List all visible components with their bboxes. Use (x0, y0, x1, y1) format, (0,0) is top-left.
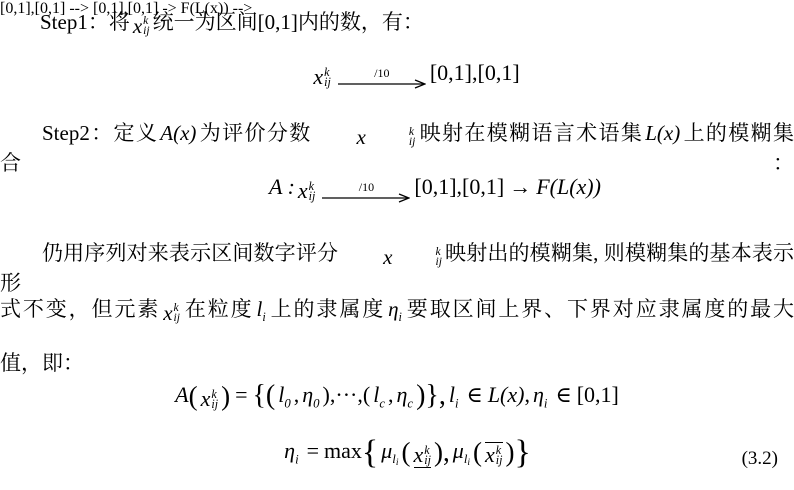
a-of-x: A(x) (160, 121, 196, 145)
var-sub: i (399, 310, 402, 324)
equals-sign: = (307, 438, 319, 463)
var-base: μ (453, 438, 464, 463)
left-paren: ( (189, 381, 198, 411)
mu-li-var: μli (453, 438, 470, 463)
var-base: μ (381, 438, 392, 463)
var-sub: c (379, 396, 385, 410)
var-base: x (313, 66, 323, 88)
equation-number: (3.2) (742, 448, 778, 470)
var-sub: ij (393, 258, 441, 268)
var-sub: ij (496, 455, 503, 465)
var-base: x (163, 303, 172, 324)
x-ijk-var: xkij (133, 16, 150, 37)
paragraph-line-1: 仍用序列对来表示区间数字评分xkij映射出的模糊集, 则模糊集的基本表示形 (0, 238, 794, 298)
var-base: x (414, 444, 424, 466)
formula3-A: A (175, 382, 188, 407)
var-base: x (315, 127, 366, 148)
step2-t2: 为评价分数 (198, 121, 311, 145)
open-brace-paren: {( (252, 380, 275, 411)
right-paren: ) (221, 381, 230, 411)
var-sub: ij (211, 399, 218, 409)
var-base: x (201, 388, 211, 410)
element-of-sign: ∈ (555, 382, 571, 407)
var-sub: i (544, 396, 548, 410)
para-l2-t2: 在粒度 (183, 297, 254, 321)
l-i-var: li (257, 297, 266, 321)
step2-label: Step2：定义 (42, 121, 158, 145)
var-sub: 0 (313, 396, 319, 410)
var-subsub: i (396, 457, 399, 468)
para-l2-t1: 式不变，但元素 (0, 297, 160, 321)
var-sub: i (455, 396, 459, 410)
var-base: η (388, 297, 398, 321)
left-paren: ( (402, 437, 411, 467)
x-ijk-lower-bound-var: xkij (414, 444, 432, 468)
var-base: x (133, 16, 142, 37)
var-sup: k (393, 248, 440, 258)
x-ijk-var: xkij (341, 247, 442, 268)
eta-i-var: ηi (284, 438, 298, 463)
step1-label: Step1：将 (40, 10, 130, 34)
unit-interval: [0,1] (577, 382, 619, 407)
x-ijk-var: xkij (315, 127, 416, 148)
equals-sign: = (235, 382, 247, 407)
max-operator: max (324, 438, 362, 463)
l-c-var: lc (373, 382, 385, 407)
paragraph-line-3: 值，即： (0, 348, 84, 378)
var-base: x (485, 444, 495, 466)
eta-0-var: η0 (302, 382, 319, 407)
paper-page: Step1：将xkij统一为区间[0,1]内的数，有： [0,1],[0,1] … (0, 0, 794, 490)
step2-t3: 映射在模糊语言术语集 (418, 121, 643, 145)
element-of-sign: ∈ (467, 382, 483, 407)
formula-step2-mapping: A :xkij/10[0,1],[0,1]→F(L(x)) (0, 174, 794, 203)
comma: , (524, 382, 530, 407)
l-i-var: li (449, 382, 459, 407)
formula2-rhs: F(L(x)) (536, 174, 601, 199)
arrow-label: /10 (374, 68, 389, 79)
comma: , (388, 382, 394, 407)
formula-fuzzy-set-definition: A(xkij)={(l0,η0),···,(lc,ηc)},li∈L(x),ηi… (0, 380, 794, 412)
para-l3-text: 值，即： (0, 351, 84, 375)
long-arrow-icon (338, 79, 426, 89)
var-sub: ij (174, 314, 180, 324)
x-ijk-var: xkij (201, 388, 219, 410)
para-l1-t1: 仍用序列对来表示区间数字评分 (42, 241, 338, 265)
para-l2-t4: 要取区间上界、下界对应隶属度的最大 (405, 297, 794, 321)
var-sub: i (295, 452, 299, 466)
var-base: η (533, 382, 544, 407)
var-base: η (396, 382, 407, 407)
formula-step1-mapping: xkij/10[0,1],[0,1] (0, 60, 794, 89)
step1-line: Step1：将xkij统一为区间[0,1]内的数，有： (40, 7, 424, 37)
l-0-var: l0 (278, 382, 291, 407)
formula2-mid: [0,1],[0,1] (414, 174, 504, 199)
var-sub: 0 (284, 396, 290, 410)
long-arrow-icon (322, 193, 410, 203)
x-ijk-upper-bound-var: xkij (485, 442, 503, 466)
right-paren: ) (506, 437, 515, 467)
x-ijk-var: xkij (163, 303, 180, 324)
paragraph-line-2: 式不变，但元素xkij在粒度li上的隶属度ηi要取区间上界、下界对应隶属度的最大 (0, 294, 794, 324)
x-ijk-var: xkij (313, 66, 331, 88)
var-sub: ij (143, 27, 149, 37)
var-sub: c (407, 396, 413, 410)
right-paren-comma: ), (434, 437, 450, 467)
arrow-icon: → (509, 174, 531, 199)
comma: , (294, 382, 300, 407)
var-sub: ij (367, 138, 415, 148)
var-sub: ij (424, 455, 431, 465)
labeled-arrow: /10 (338, 68, 426, 89)
var-subsub: i (467, 457, 470, 468)
close-brace-comma: )}, (416, 380, 446, 411)
mu-li-var: μli (381, 438, 398, 463)
formula1-rhs: [0,1],[0,1] (430, 60, 520, 85)
right-brace: } (515, 434, 531, 471)
formula-membership-max: ηi=max{μli(xkij),μli(xkij)} (3.2) (0, 434, 794, 472)
l-of-x: L(x) (488, 382, 525, 407)
var-sub: i (262, 310, 265, 324)
step1-rest: 统一为区间[0,1]内的数，有： (153, 10, 424, 34)
ellipsis-run: ),···,( (323, 382, 371, 407)
eta-c-var: ηc (396, 382, 413, 407)
left-brace: { (362, 434, 378, 471)
step2-line: Step2：定义A(x)为评价分数xkij映射在模糊语言术语集L(x)上的模糊集… (0, 118, 794, 178)
var-sup: k (367, 128, 414, 138)
var-sub: ij (309, 191, 316, 201)
labeled-arrow: /10 (322, 182, 410, 203)
arrow-label: /10 (359, 182, 374, 193)
x-ijk-var: xkij (298, 180, 316, 202)
eta-i-var: ηi (533, 382, 547, 407)
formula2-pre: A : (269, 174, 295, 199)
eta-i-var: ηi (388, 297, 402, 321)
var-base: η (284, 438, 295, 463)
var-sub: ij (324, 77, 331, 87)
var-base: x (341, 247, 392, 268)
left-paren: ( (473, 437, 482, 467)
l-of-x: L(x) (645, 121, 680, 145)
para-l2-t3: 上的隶属度 (269, 297, 385, 321)
var-base: x (298, 180, 308, 202)
var-base: η (302, 382, 313, 407)
